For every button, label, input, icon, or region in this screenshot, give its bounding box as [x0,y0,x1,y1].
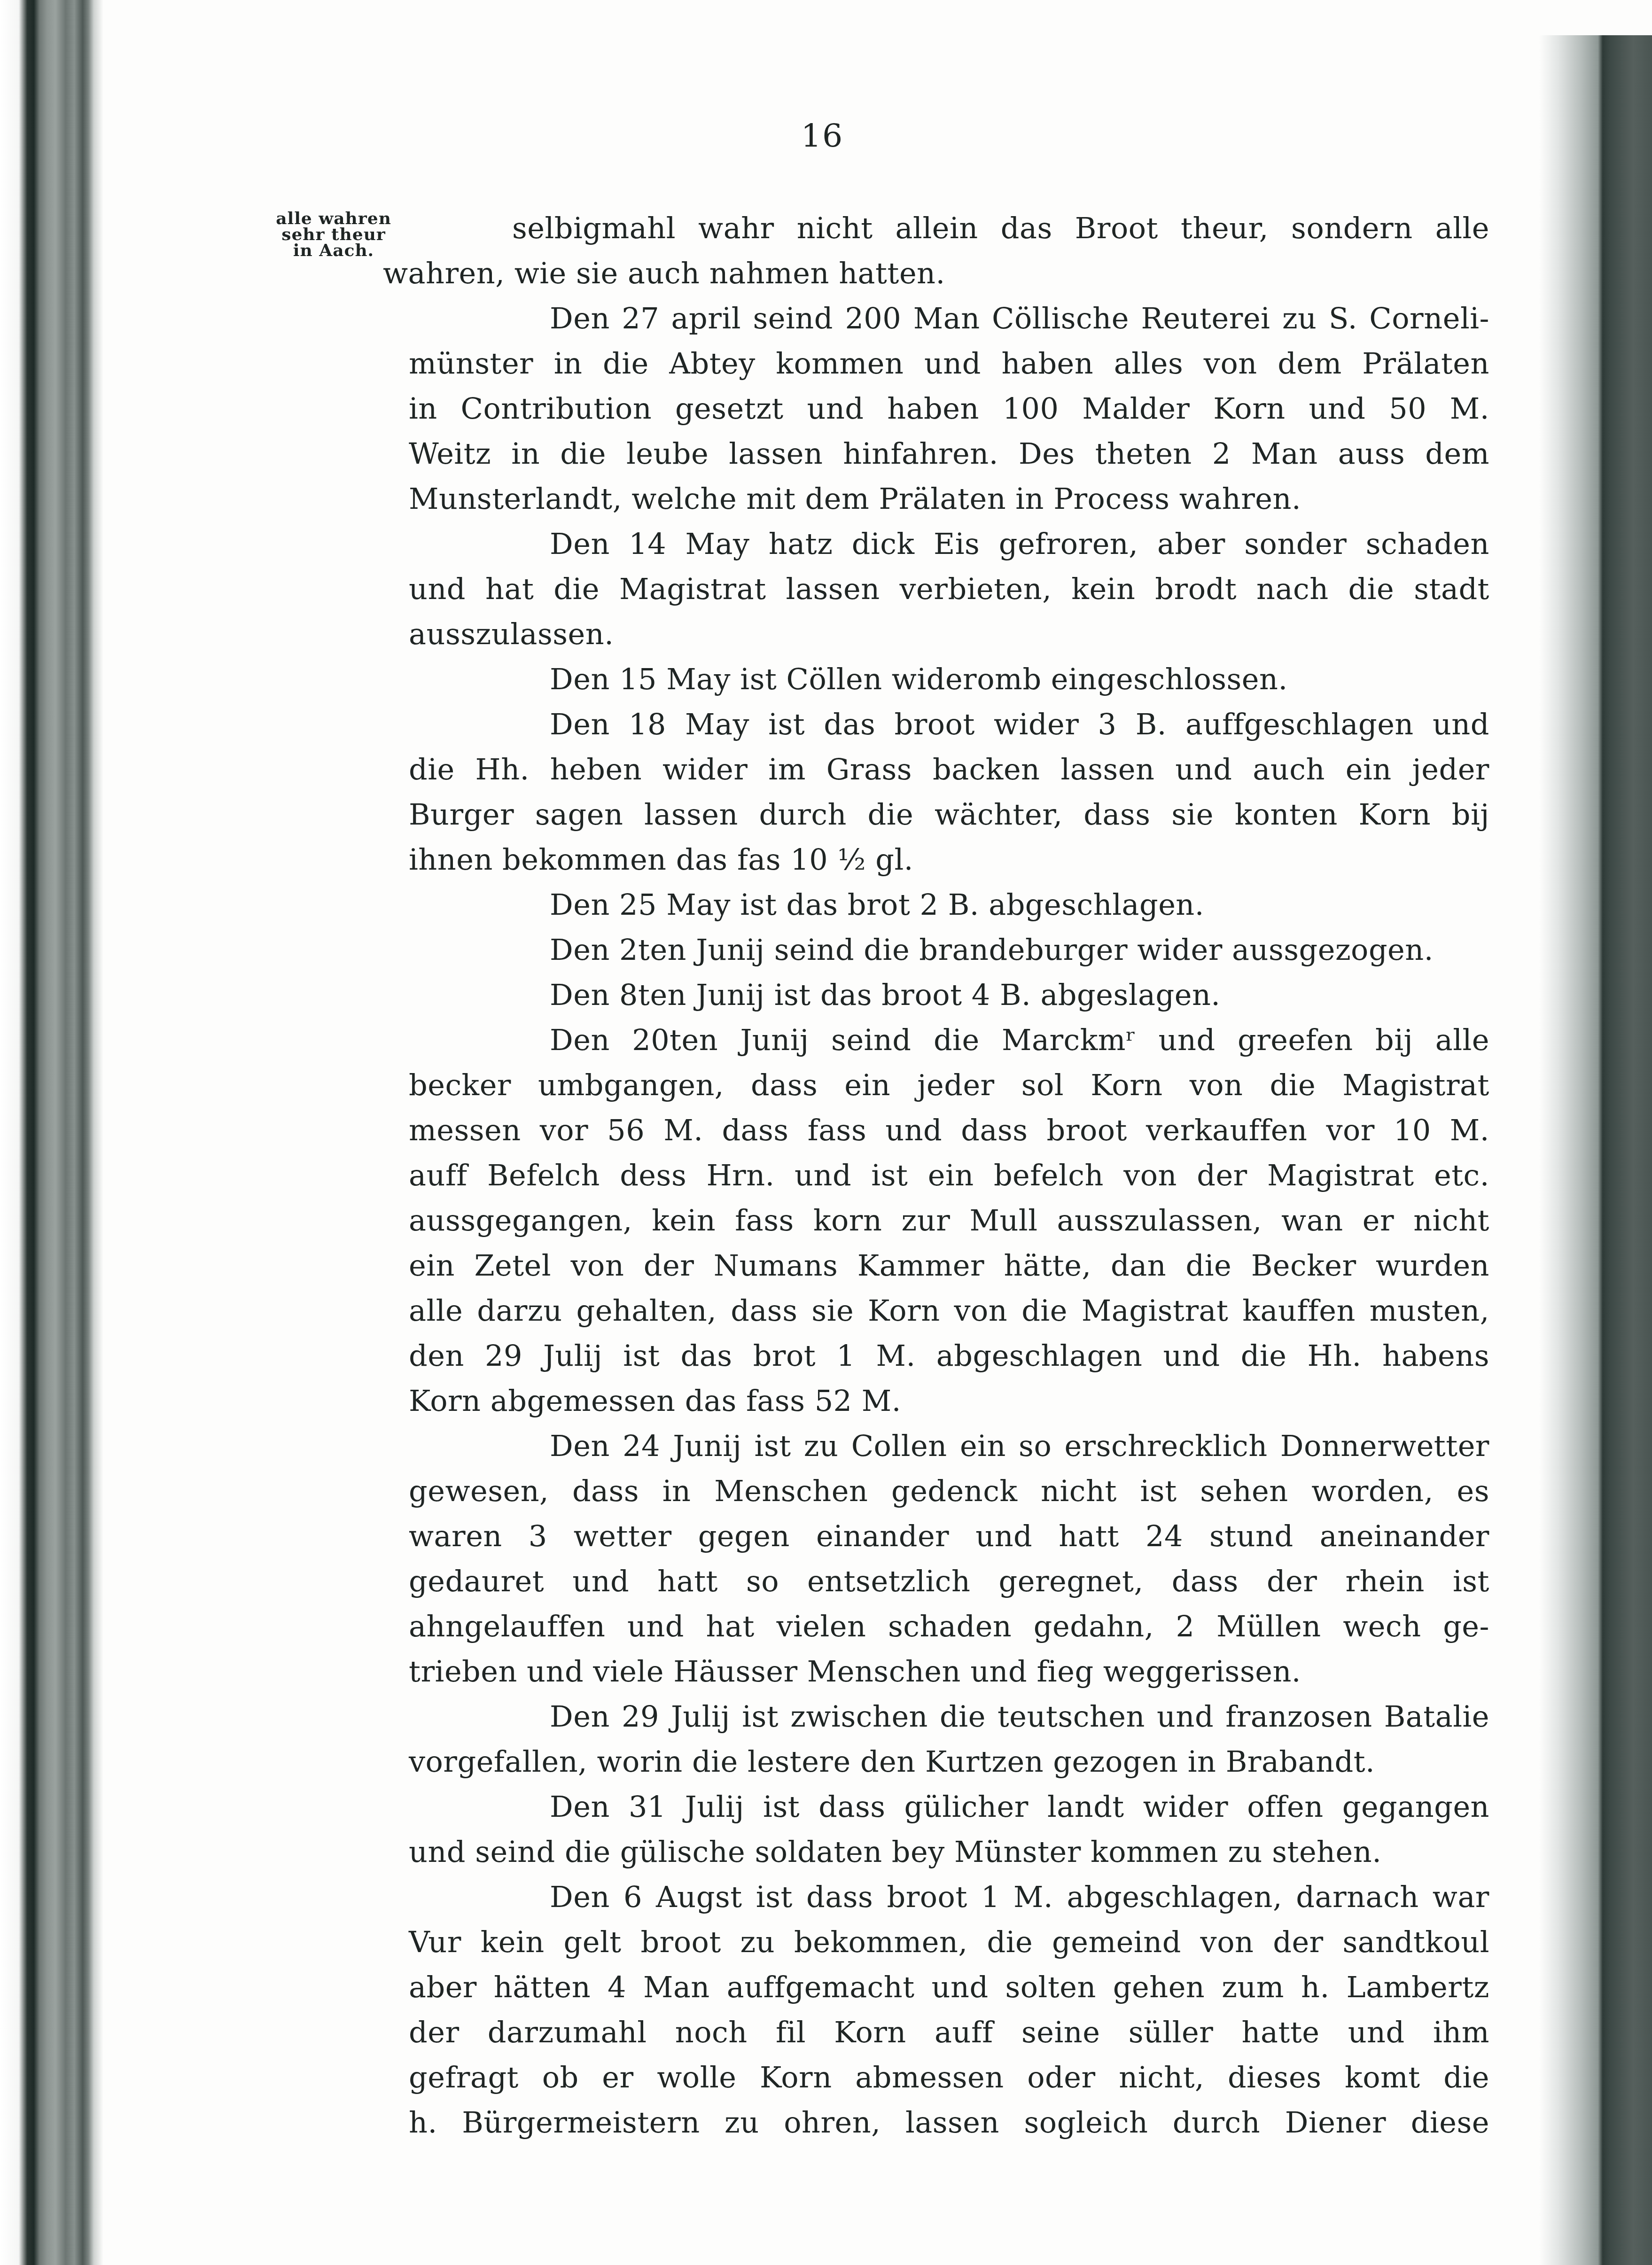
text-line: Vur kein gelt broot zu bekommen, die gem… [409,1920,1489,1965]
text-line: Burger sagen lassen durch die wächter, d… [409,792,1489,837]
text-line: gewesen, dass in Menschen gedenck nicht … [409,1469,1489,1514]
text-line: auff Befelch dess Hrn. und ist ein befel… [409,1153,1489,1198]
text-line: Den 20ten Junij seind die Marckmʳ und gr… [409,1018,1489,1063]
text-line: aussgegangen, kein fass korn zur Mull au… [409,1198,1489,1243]
text-line: gedauret und hatt so entsetzlich geregne… [409,1559,1489,1604]
paragraph: Den 24 Junij ist zu Collen ein so erschr… [409,1424,1489,1694]
paragraph: Den 14 May hatz dick Eis gefroren, aber … [409,521,1489,657]
text-line: waren 3 wetter gegen einander und hatt 2… [409,1514,1489,1559]
text-line: Den 29 Julij ist zwischen die teutschen … [409,1694,1489,1739]
paragraph: Den 25 May ist das brot 2 B. abgeschlage… [409,882,1489,927]
text-line: Den 2ten Junij seind die brandeburger wi… [409,927,1489,973]
paragraph: Den 29 Julij ist zwischen die teutschen … [409,1694,1489,1784]
text-line: vorgefallen, worin die lestere den Kurtz… [409,1739,1489,1784]
book-binding-right-shadow [1539,35,1652,2265]
text-line: trieben und viele Häusser Menschen und f… [409,1649,1489,1694]
text-line: wahren, wie sie auch nahmen hatten. [383,251,1489,296]
paragraph: Den 27 april seind 200 Man Cöllische Reu… [409,296,1489,521]
text-line: ein Zetel von der Numans Kammer hätte, d… [409,1243,1489,1288]
text-line: Den 24 Junij ist zu Collen ein so erschr… [409,1424,1489,1469]
text-line: Den 8ten Junij ist das broot 4 B. abgesl… [409,973,1489,1018]
text-line: und hat die Magistrat lassen verbieten, … [409,567,1489,612]
text-line: Den 27 april seind 200 Man Cöllische Reu… [409,296,1489,341]
paragraph: Den 18 May ist das broot wider 3 B. auff… [409,702,1489,882]
text-line: alle darzu gehalten, dass sie Korn von d… [409,1288,1489,1333]
book-binding-left-edge [0,0,103,2265]
text-line: selbigmahl wahr nicht allein das Broot t… [409,206,1489,251]
text-line: Den 31 Julij ist dass gülicher landt wid… [409,1784,1489,1829]
text-line: in Contribution gesetzt und haben 100 Ma… [409,386,1489,431]
paragraph: Den 31 Julij ist dass gülicher landt wid… [409,1784,1489,1875]
marginal-note-line: alle wahren [256,210,411,226]
text-line: Korn abgemessen das fass 52 M. [409,1378,1489,1424]
marginal-note-line: sehr theur [256,226,411,242]
text-line: Weitz in die leube lassen hinfahren. Des… [409,431,1489,476]
paragraph: Den 6 Augst ist dass broot 1 M. abgeschl… [409,1875,1489,2145]
text-line: münster in die Abtey kommen und haben al… [409,341,1489,386]
text-line: aber hätten 4 Man auffgemacht und solten… [409,1965,1489,2010]
text-line: ausszulassen. [409,612,1489,657]
paragraph: Den 8ten Junij ist das broot 4 B. abgesl… [409,973,1489,1018]
text-line: becker umbgangen, dass ein jeder sol Kor… [409,1063,1489,1108]
text-line: gefragt ob er wolle Korn abmessen oder n… [409,2055,1489,2100]
text-line: messen vor 56 M. dass fass und dass broo… [409,1108,1489,1153]
text-line: der darzumahl noch fil Korn auff seine s… [409,2010,1489,2055]
text-line: Munsterlandt, welche mit dem Prälaten in… [409,476,1489,521]
page-number: 16 [132,117,1513,155]
body-text: selbigmahl wahr nicht allein das Broot t… [409,206,1489,2145]
paragraph: Den 20ten Junij seind die Marckmʳ und gr… [409,1018,1489,1424]
text-line: und seind die gülische soldaten bey Müns… [409,1829,1489,1875]
text-line: Den 14 May hatz dick Eis gefroren, aber … [409,521,1489,567]
text-line: den 29 Julij ist das brot 1 M. abgeschla… [409,1333,1489,1378]
paragraph: Den 2ten Junij seind die brandeburger wi… [409,927,1489,973]
text-line: h. Bürgermeistern zu ohren, lassen sogle… [409,2100,1489,2145]
text-line: Den 25 May ist das brot 2 B. abgeschlage… [409,882,1489,927]
text-line: Den 15 May ist Cöllen wideromb eingeschl… [409,657,1489,702]
text-line: Den 6 Augst ist dass broot 1 M. abgeschl… [409,1875,1489,1920]
text-line: Den 18 May ist das broot wider 3 B. auff… [409,702,1489,747]
paragraph: Den 15 May ist Cöllen wideromb eingeschl… [409,657,1489,702]
text-line: ihnen bekommen das fas 10 ½ gl. [409,837,1489,882]
paragraph: selbigmahl wahr nicht allein das Broot t… [409,206,1489,296]
text-line: ahngelauffen und hat vielen schaden geda… [409,1604,1489,1649]
text-line: die Hh. heben wider im Grass backen lass… [409,747,1489,792]
